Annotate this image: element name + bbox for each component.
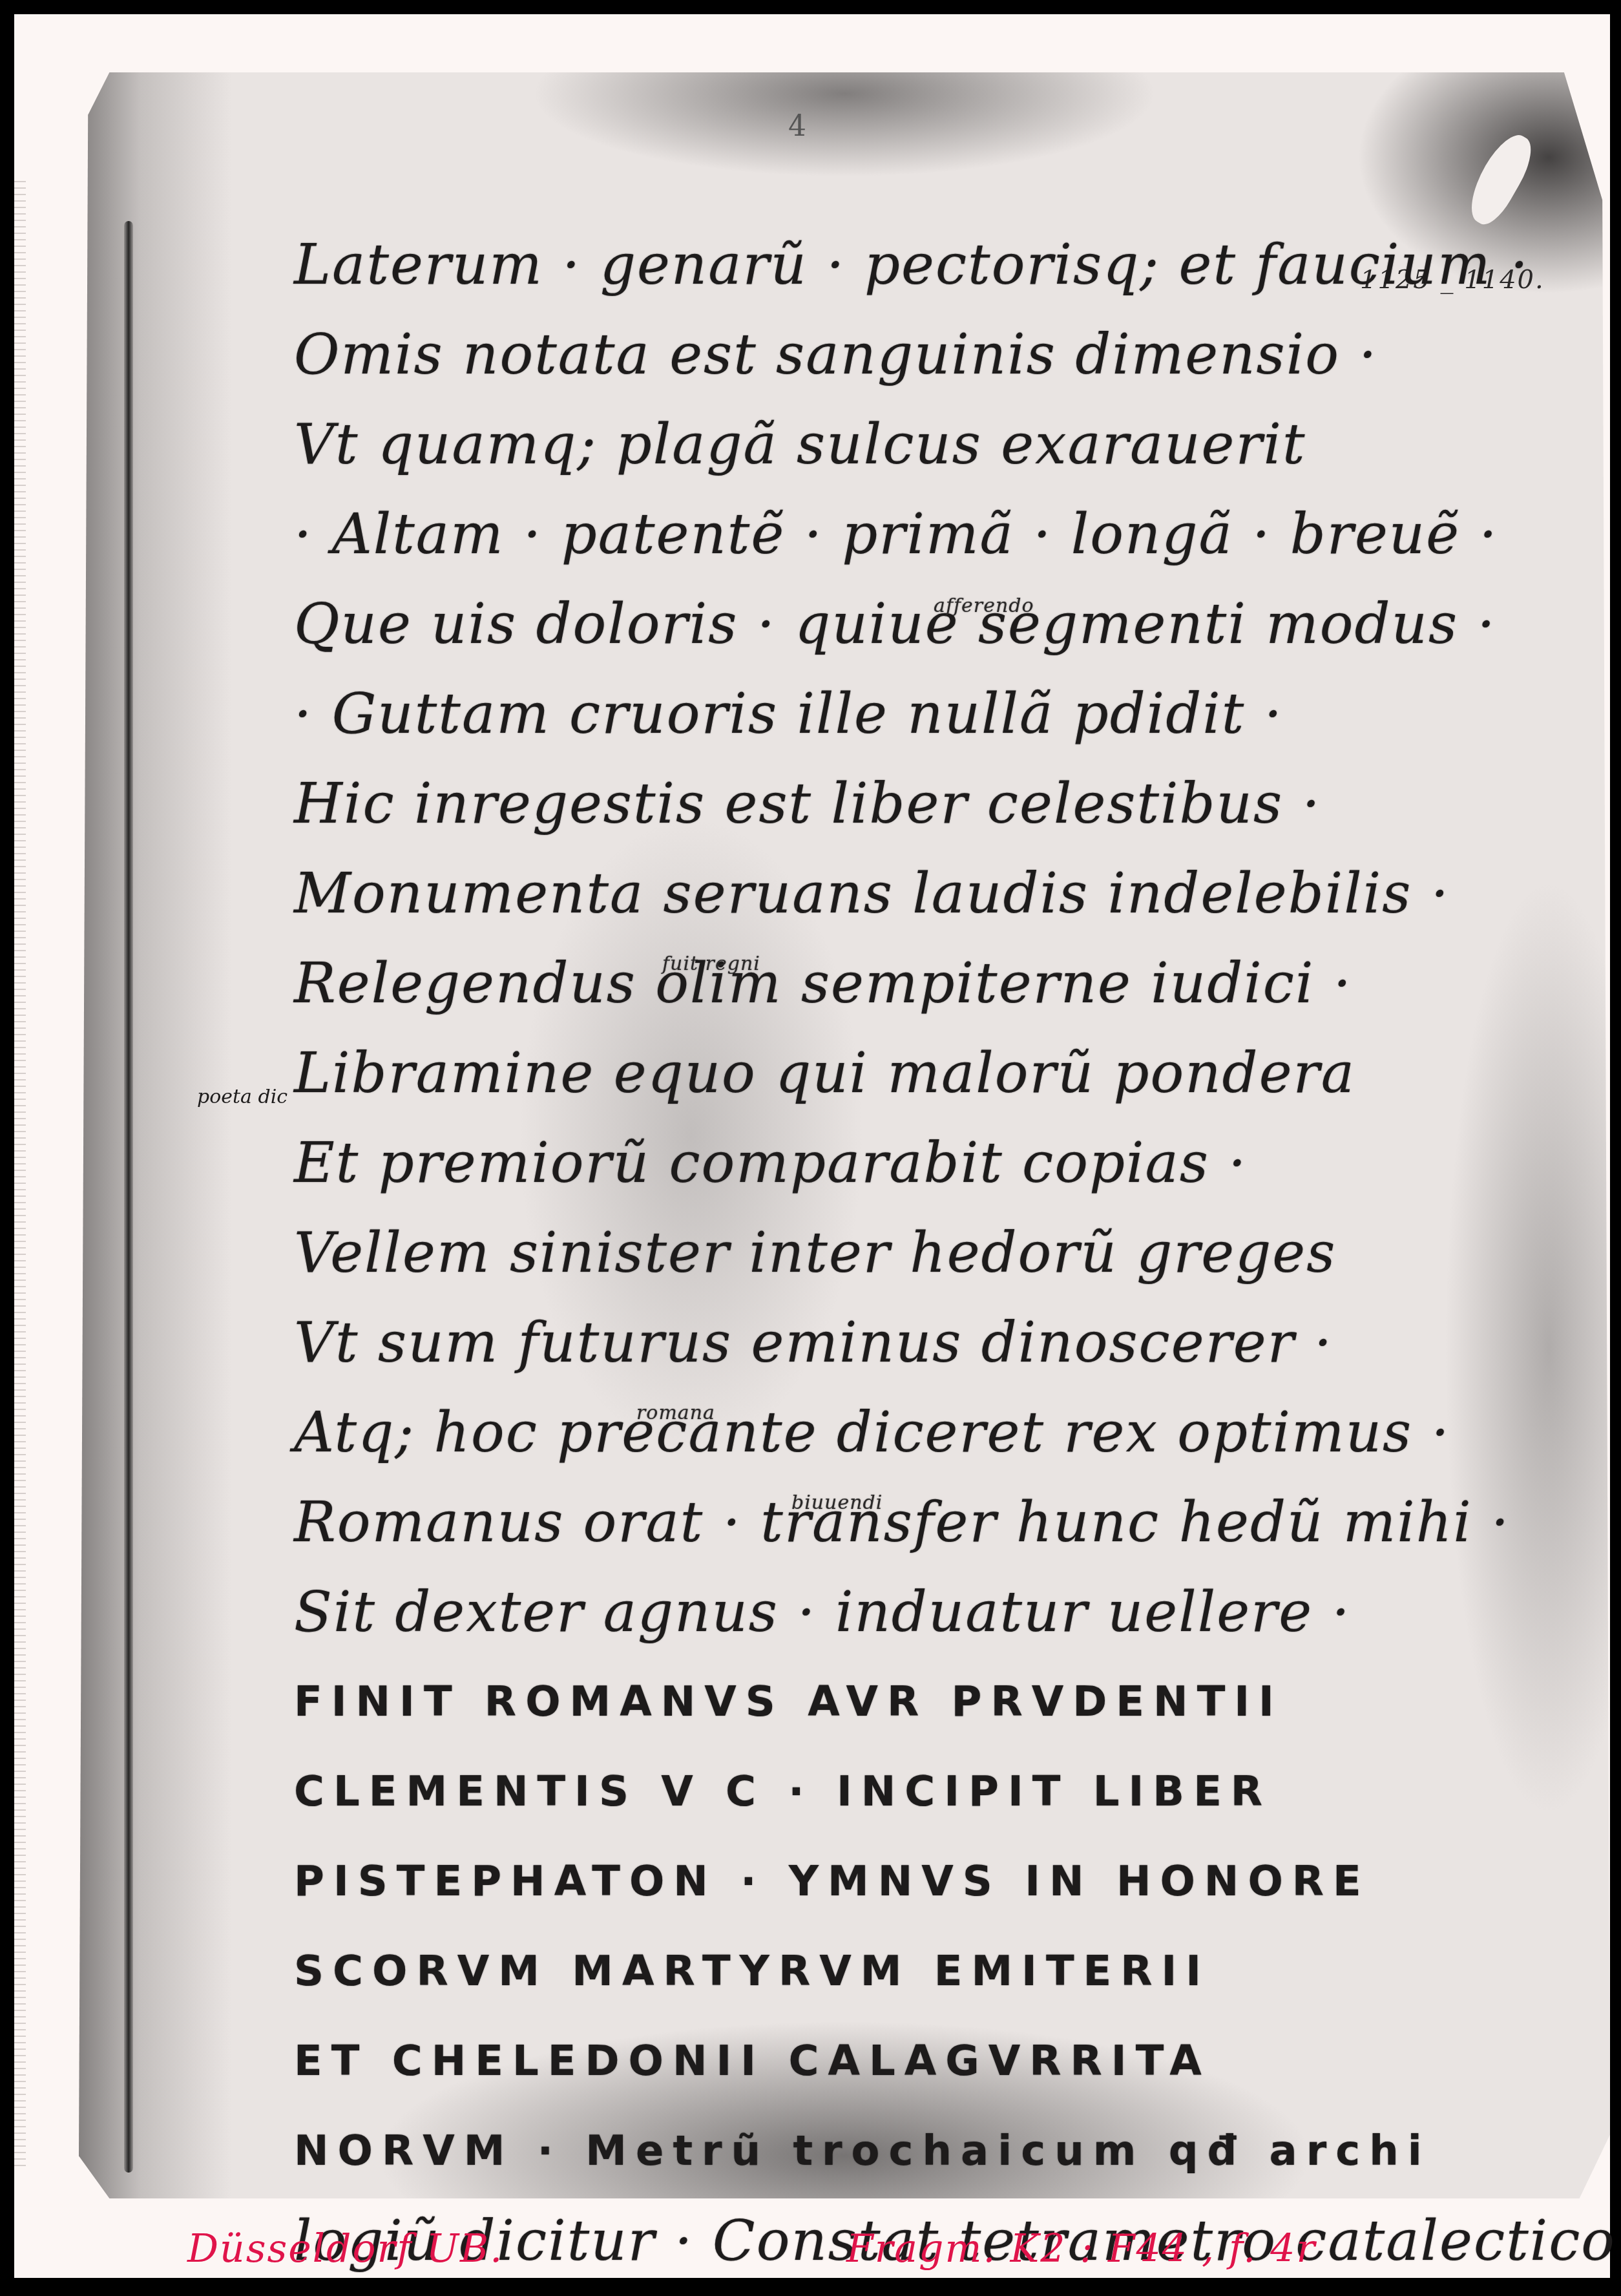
text-line: Vellem sinister inter hedorũ greges bbox=[294, 1217, 1457, 1307]
interlinear-gloss: biuuendi bbox=[791, 1468, 883, 1539]
text-line: Omis notata est sanguinis dimensio · bbox=[294, 319, 1457, 409]
edge-ruler-strip bbox=[14, 176, 26, 2166]
text-line: biuuendi Romanus orat · transfer hunc he… bbox=[294, 1487, 1457, 1577]
rubric-line: PISTEPHATON · YMNVS IN HONORE bbox=[294, 1846, 1457, 1936]
rubric-line: CLEMENTIS V C · INCIPIT LIBER bbox=[294, 1756, 1457, 1846]
text-line: Vt sum futurus eminus dinoscerer · bbox=[294, 1307, 1457, 1397]
library-caption: Düsseldorf UB. bbox=[187, 2226, 503, 2271]
rubric-line: NORVM · Metrũ trochaicum qđ archi bbox=[294, 2116, 1457, 2206]
text-line: Vt quamq; plagã sulcus exarauerit bbox=[294, 409, 1457, 499]
margin-note-poeta-dic: poeta dic bbox=[197, 1086, 288, 1108]
text-line: · Guttam cruoris ille nullã pdidit · bbox=[294, 679, 1457, 768]
text-line: afferendo Que uis doloris · quiue segmen… bbox=[294, 589, 1457, 679]
interlinear-gloss: fuit regni bbox=[662, 929, 760, 1000]
text-line: Sit dexter agnus · induatur uellere · bbox=[294, 1577, 1457, 1667]
rubric-line: SCORVM MARTYRVM EMITERII bbox=[294, 1936, 1457, 2026]
binding-gutter bbox=[124, 221, 133, 2173]
rubric-line: ET CHELEDONII CALAGVRRITA bbox=[294, 2026, 1457, 2116]
pencil-page-number: 4 bbox=[788, 110, 806, 143]
interlinear-gloss: romana bbox=[636, 1378, 715, 1449]
text-line: · Altam · patentẽ · primã · longã · breu… bbox=[294, 499, 1457, 589]
text-line: Et premiorũ comparabit copias · bbox=[294, 1128, 1457, 1217]
rubric-line: FINIT ROMANVS AVR PRVDENTII bbox=[294, 1667, 1457, 1756]
text-line: Libramine equo qui malorũ pondera bbox=[294, 1038, 1457, 1128]
text-line: Monumenta seruans laudis indelebilis · bbox=[294, 858, 1457, 948]
text-line: Laterum · genarũ · pectorisq; et faucium… bbox=[294, 229, 1457, 319]
interlinear-gloss: afferendo bbox=[934, 571, 1034, 642]
text-line: fuit regni Relegendus olim sempiterne iu… bbox=[294, 948, 1457, 1038]
manuscript-text-block: Laterum · genarũ · pectorisq; et faucium… bbox=[294, 229, 1457, 2295]
text-line: Hic inregestis est liber celestibus · bbox=[294, 768, 1457, 858]
shelfmark-caption: Fragm. K2 : F44 , f. 4r bbox=[846, 2226, 1316, 2271]
